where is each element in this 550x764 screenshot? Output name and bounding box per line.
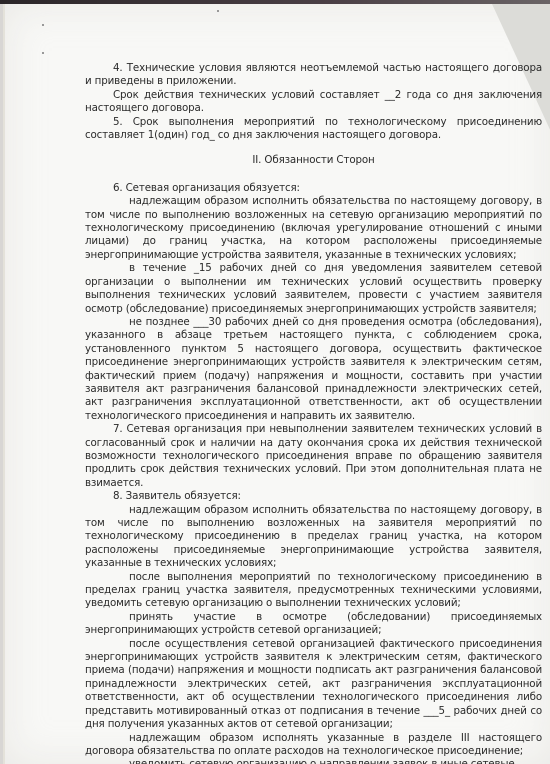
clause-8-item: после осуществления сетевой организацией… bbox=[85, 638, 542, 732]
paragraph-tech-conditions-term: Срок действия технических условий состав… bbox=[85, 89, 542, 116]
scan-speck bbox=[42, 52, 44, 54]
paragraph-4: 4. Технические условия являются неотъемл… bbox=[85, 62, 542, 89]
clause-8-item: после выполнения мероприятий по технолог… bbox=[85, 571, 542, 611]
clause-6-item: не позднее ___30 рабочих дней со дня про… bbox=[85, 316, 542, 423]
clause-8-item: уведомить сетевую организацию о направле… bbox=[85, 758, 542, 764]
clause-7: 7. Сетевая организация при невыполнении … bbox=[85, 423, 542, 490]
document-body: 4. Технические условия являются неотъемл… bbox=[85, 62, 542, 764]
clause-8-title: 8. Заявитель обязуется: bbox=[85, 490, 542, 503]
clause-8-item: принять участие в осмотре (обследовании)… bbox=[85, 611, 542, 638]
scan-speck bbox=[217, 10, 219, 12]
scan-speck bbox=[42, 24, 44, 26]
clause-6-title: 6. Сетевая организация обязуется: bbox=[85, 182, 542, 195]
document-page: 4. Технические условия являются неотъемл… bbox=[3, 4, 550, 764]
clause-6-item: в течение _15 рабочих дней со дня уведом… bbox=[85, 262, 542, 316]
clause-8-item: надлежащим образом исполнять указанные в… bbox=[85, 732, 542, 759]
paragraph-5: 5. Срок выполнения мероприятий по технол… bbox=[85, 116, 542, 143]
section-heading: II. Обязанности Сторон bbox=[85, 154, 542, 167]
clause-6-item: надлежащим образом исполнить обязательст… bbox=[85, 195, 542, 262]
clause-8-item: надлежащим образом исполнить обязательст… bbox=[85, 504, 542, 571]
